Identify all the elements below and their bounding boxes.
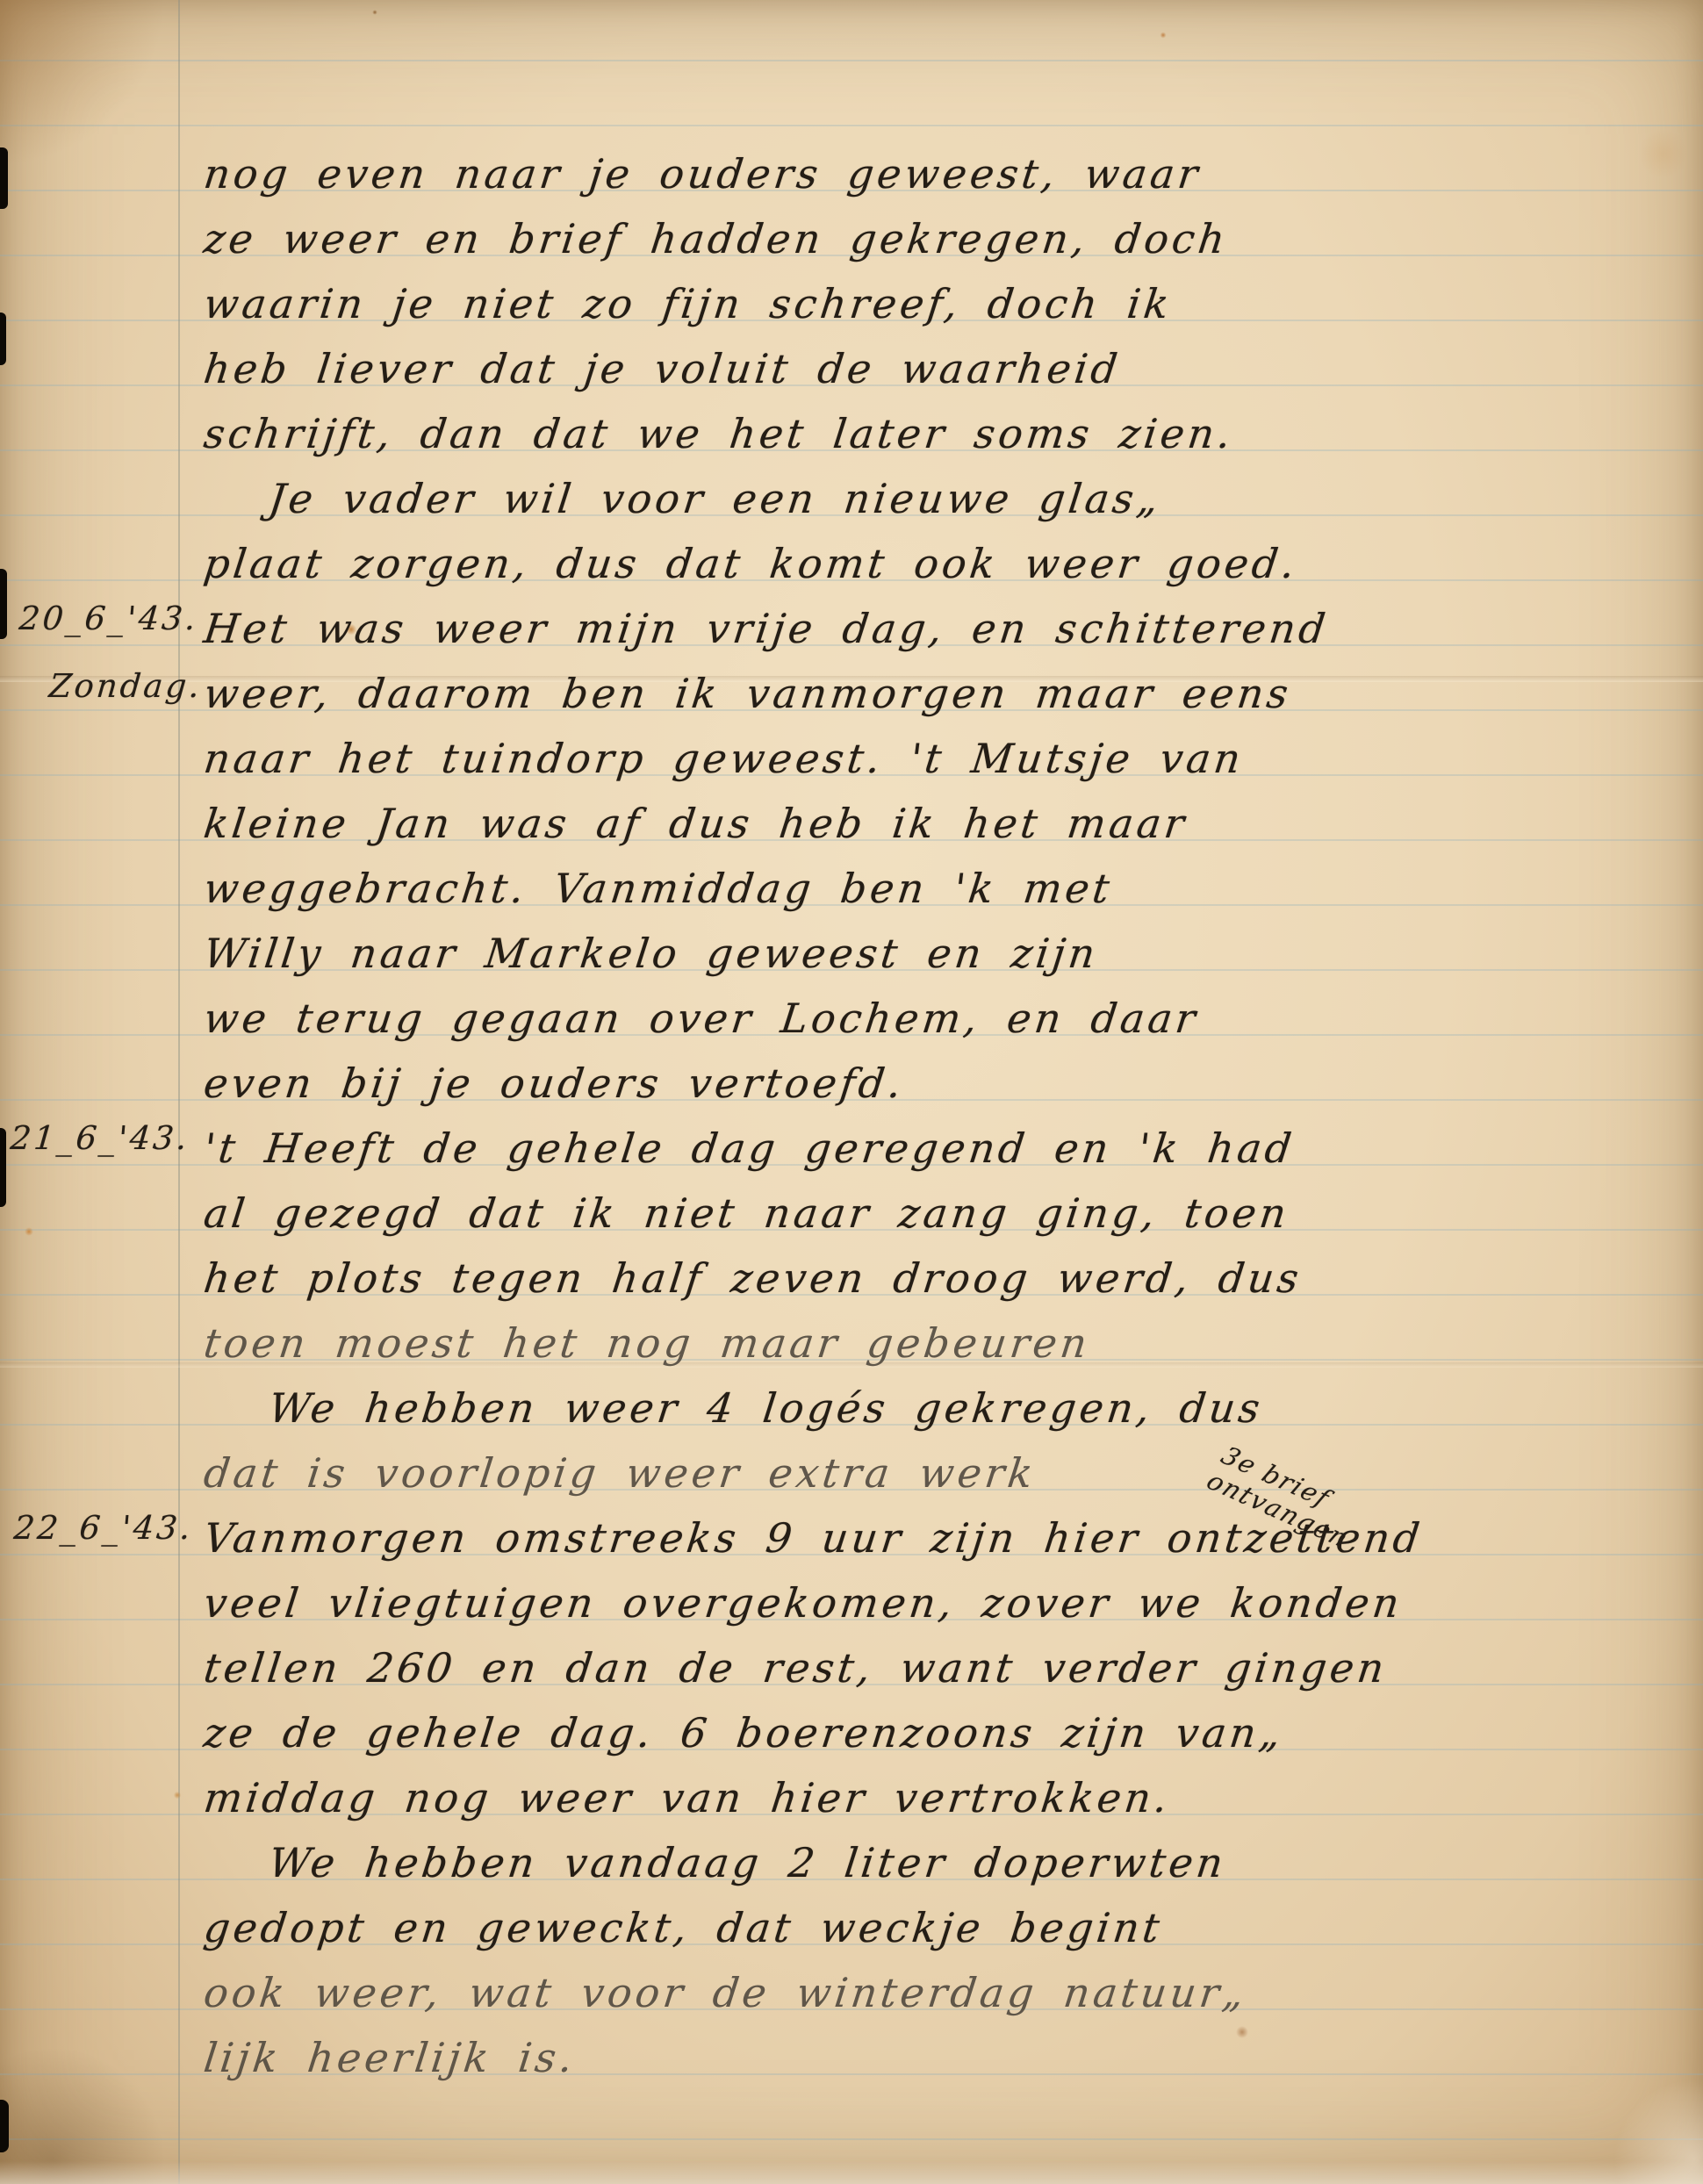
page-bottom-edge	[0, 2161, 1703, 2184]
handwritten-line: tellen 260 en dan de rest, want verder g…	[200, 1635, 1391, 1700]
handwritten-line: plaat zorgen, dus dat komt ook weer goed…	[200, 531, 1302, 596]
handwritten-line: het plots tegen half zeven droog werd, d…	[200, 1246, 1305, 1311]
handwritten-line: 't Heeft de gehele dag geregend en 'k ha…	[200, 1116, 1298, 1181]
handwritten-line: middag nog weer van hier vertrokken.	[200, 1765, 1175, 1830]
scan-edge-mark	[0, 147, 8, 209]
handwritten-line: ook weer, wat voor de winterdag natuur„	[200, 1960, 1251, 2025]
handwritten-line: ze de gehele dag. 6 boerenzoons zijn van…	[200, 1700, 1288, 1765]
handwritten-line: we terug gegaan over Lochem, en daar	[200, 986, 1203, 1051]
handwritten-line: dat is voorlopig weer extra werk	[200, 1440, 1040, 1505]
scan-edge-mark	[0, 1128, 6, 1207]
handwritten-line: Willy naar Markelo geweest en zijn	[200, 921, 1103, 986]
margin-date-22-6-43: 22_6_'43.	[12, 1509, 194, 1547]
handwritten-line: heb liever dat je voluit de waarheid	[200, 336, 1125, 401]
handwritten-line: lijk heerlijk is.	[200, 2025, 579, 2090]
handwritten-line: kleine Jan was af dus heb ik het maar	[200, 791, 1191, 856]
handwritten-line: toen moest het nog maar gebeuren	[200, 1311, 1094, 1376]
handwritten-line: veel vliegtuigen overgekomen, zover we k…	[200, 1570, 1406, 1635]
scan-edge-mark	[0, 569, 7, 639]
handwritten-line: naar het tuindorp geweest. 't Mutsje van	[200, 726, 1247, 791]
handwritten-line: weer, daarom ben ik vanmorgen maar eens	[200, 661, 1295, 726]
scan-edge-mark	[0, 2100, 9, 2152]
handwritten-line: ze weer en brief hadden gekregen, doch	[200, 206, 1232, 271]
margin-day-zondag: Zondag.	[47, 667, 204, 705]
handwritten-line: We hebben vandaag 2 liter doperwten	[200, 1830, 1230, 1895]
handwritten-line: al gezegd dat ik niet naar zang ging, to…	[200, 1181, 1293, 1246]
handwritten-line: nog even naar je ouders geweest, waar	[200, 141, 1205, 206]
handwritten-line: even bij je ouders vertoefd.	[200, 1051, 909, 1116]
margin-rule-line	[178, 0, 180, 2184]
handwritten-line: schrijft, dan dat we het later soms zien…	[200, 401, 1238, 466]
margin-date-20-6-43: 20_6_'43.	[18, 600, 199, 637]
handwritten-line: waarin je niet zo fijn schreef, doch ik	[200, 271, 1176, 336]
handwritten-line: gedopt en geweckt, dat weckje begint	[200, 1895, 1167, 1960]
diary-page: 20_6_'43. Zondag. 21_6_'43. 22_6_'43. 3e…	[0, 0, 1703, 2184]
handwritten-line: Vanmorgen omstreeks 9 uur zijn hier ontz…	[200, 1505, 1426, 1570]
scan-edge-mark	[0, 313, 6, 365]
handwritten-line: We hebben weer 4 logés gekregen, dus	[200, 1376, 1267, 1440]
margin-date-21-6-43: 21_6_'43.	[9, 1119, 190, 1157]
handwritten-line: Je vader wil voor een nieuwe glas„	[200, 466, 1166, 531]
handwritten-line: weggebracht. Vanmiddag ben 'k met	[200, 856, 1117, 921]
handwritten-line: Het was weer mijn vrije dag, en schitter…	[200, 596, 1333, 661]
